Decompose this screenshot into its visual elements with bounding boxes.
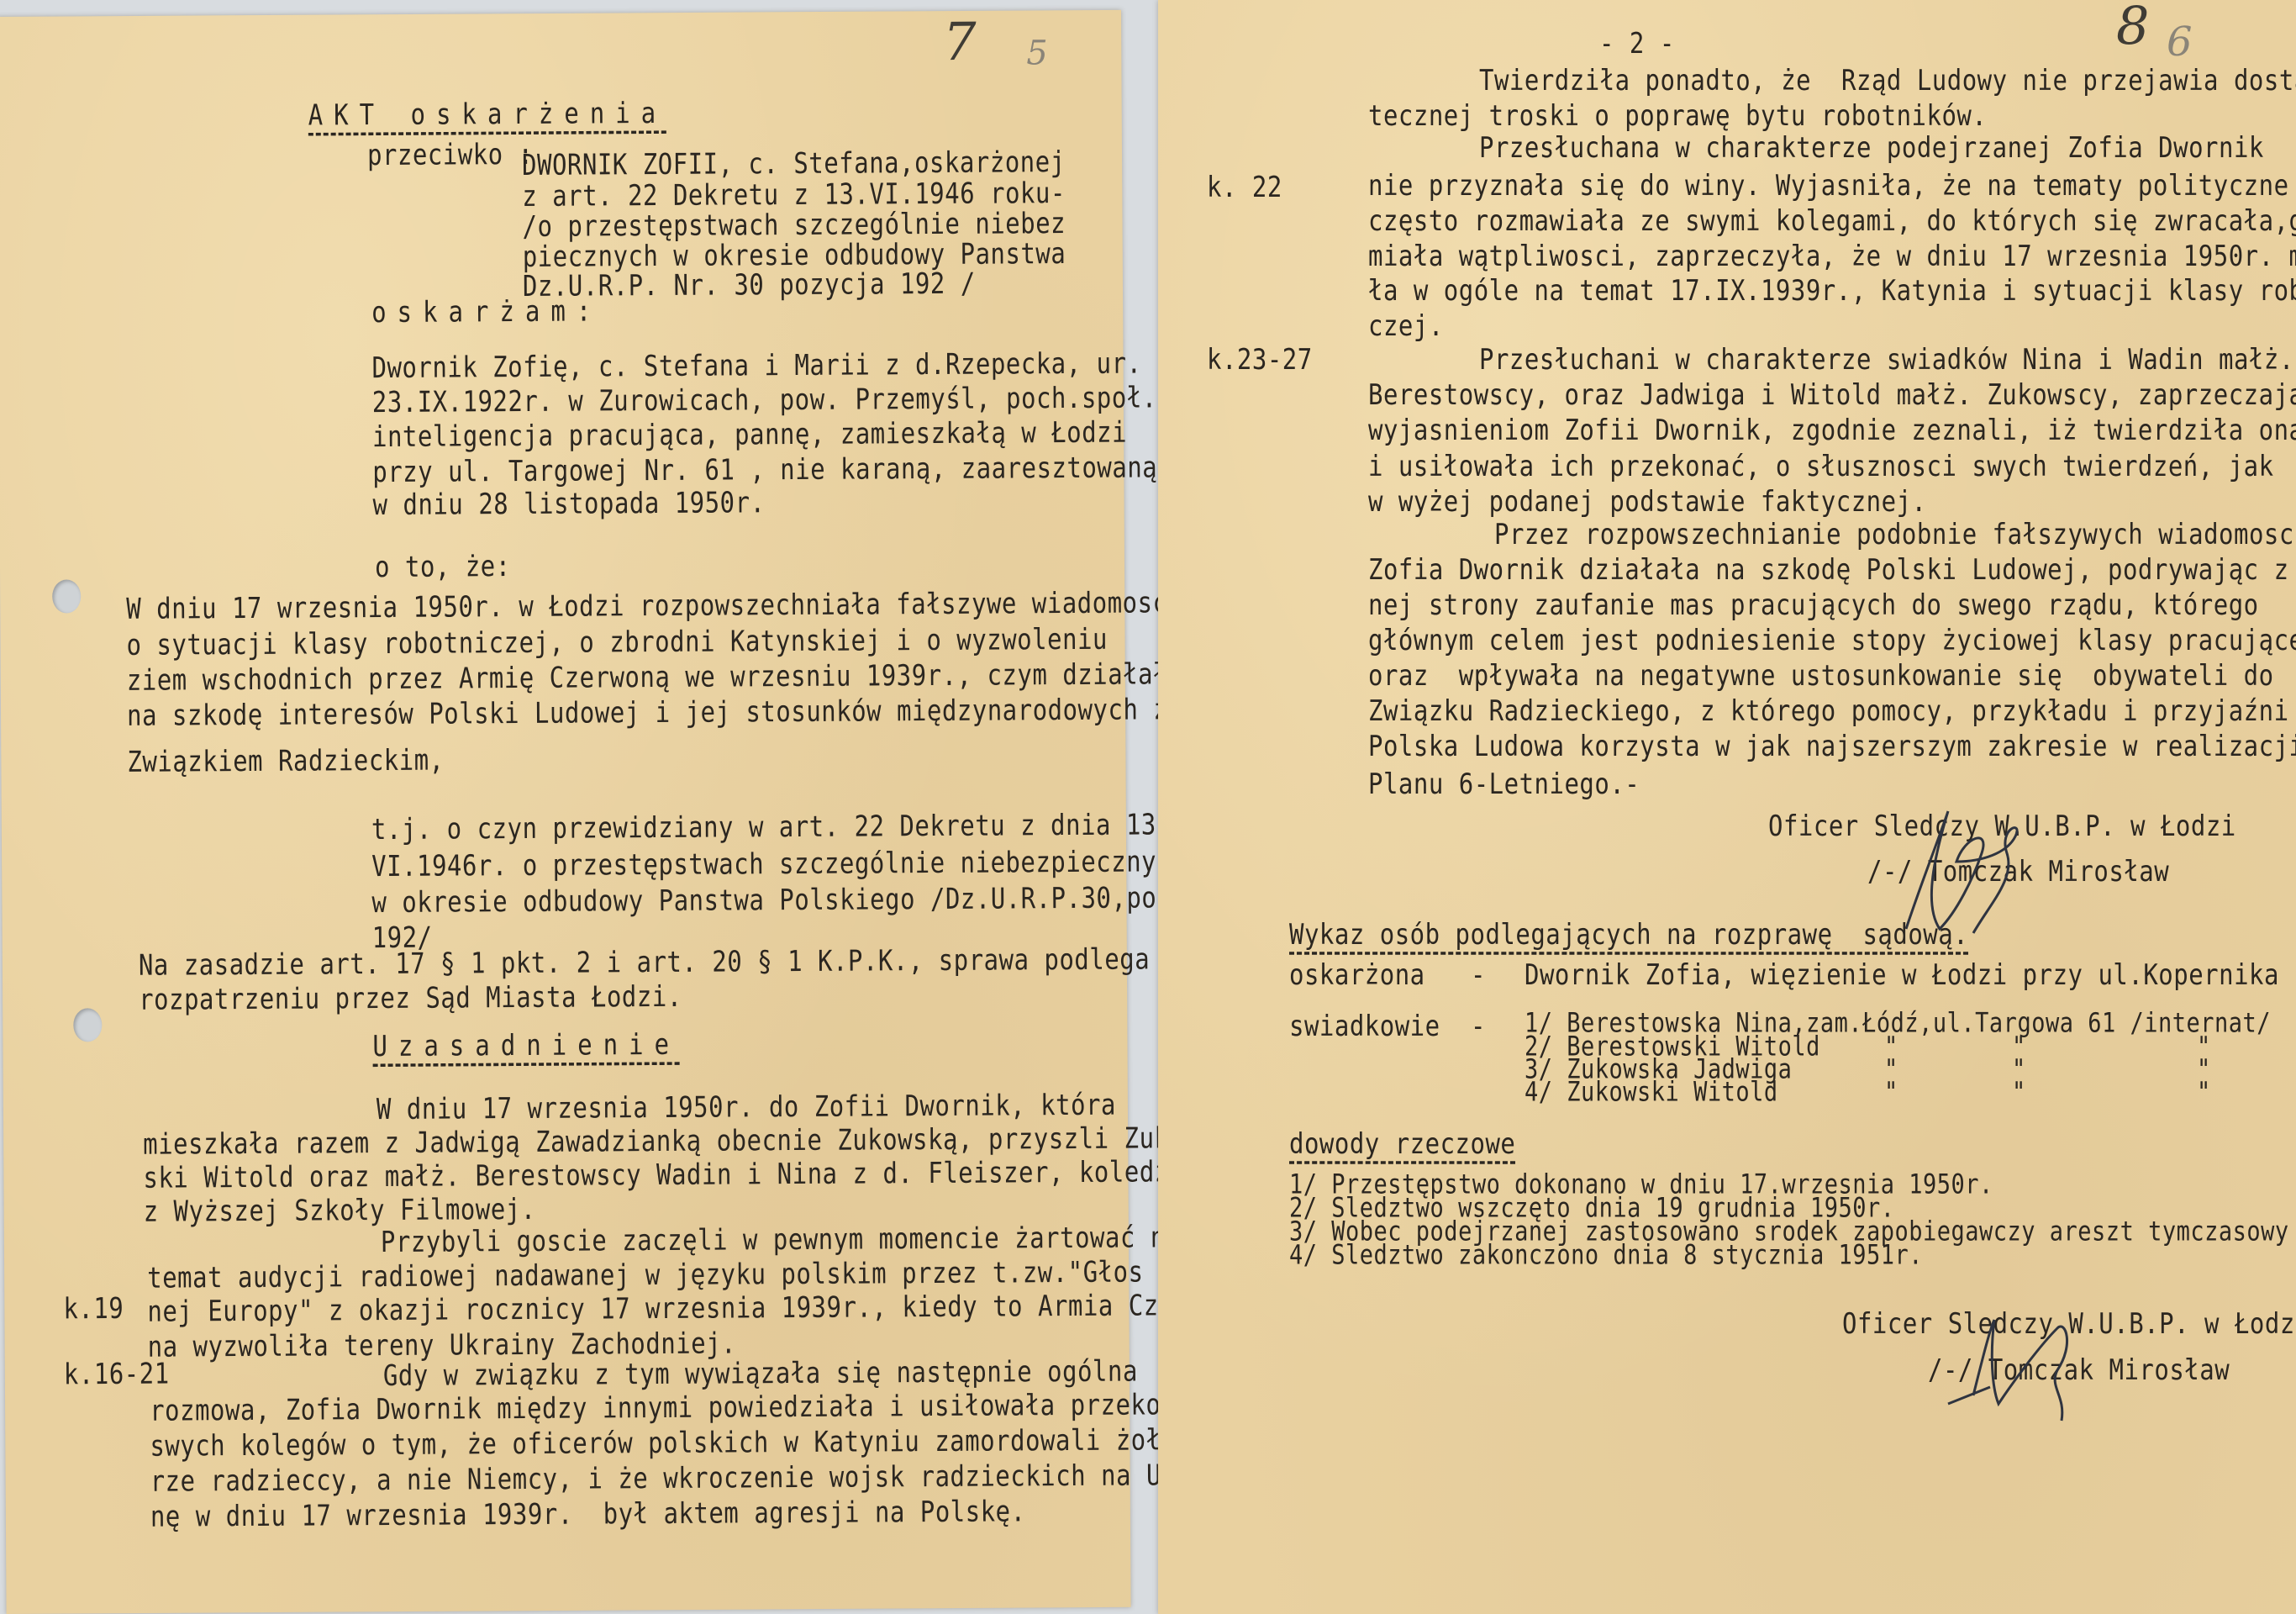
ditto-mark: " [2197, 1078, 2211, 1107]
justification-line: nej Europy" z okazji rocznicy 17 wrzesni… [147, 1288, 1219, 1328]
witnesses-label: swiadkowie [1289, 1009, 1440, 1042]
paragraph-line: Twierdziła ponadto, że Rząd Ludowy nie p… [1479, 63, 2296, 97]
witnesses-dash: - [1471, 1009, 1486, 1042]
paragraph-line: w wyżej podanej podstawie faktycznej. [1368, 484, 1927, 518]
punch-hole [52, 579, 81, 613]
punch-hole [73, 1008, 102, 1042]
paragraph-line: Przesłuchani w charakterze swiadków Nina… [1479, 342, 2294, 376]
paragraph-line: często rozmawiała ze swymi kolegami, do … [1368, 203, 2296, 237]
document-page-right: 8 6 - 2 - Twierdziła ponadto, że Rząd Lu… [1158, 0, 2296, 1614]
justification-line: swych kolegów o tym, że oficerów polskic… [150, 1422, 1221, 1463]
paragraph-line: Berestowscy, oraz Jadwiga i Witold małż.… [1368, 377, 2296, 411]
charge-line: o sytuacji klasy robotniczej, o zbrodni … [126, 622, 1108, 662]
charge-line: na szkodę interesów Polski Ludowej i jej… [127, 692, 1183, 732]
margin-reference: k. 22 [1207, 170, 1282, 203]
accused-line: Dwornik Zofię, c. Stefana i Marii z d.Rz… [371, 346, 1141, 385]
paragraph-line: głównym celem jest podniesienie stopy ży… [1368, 623, 2296, 657]
court-line: rozpatrzeniu przez Sąd Miasta Łodzi. [139, 979, 682, 1016]
paragraph-line: Przesłuchana w charakterze podejrzanej Z… [1479, 130, 2264, 164]
paragraph-line: Zofia Dwornik działała na szkodę Polski … [1368, 552, 2296, 586]
paragraph-line: czej. [1368, 309, 1444, 342]
accused-line: przy ul. Targowej Nr. 61 , nie karaną, z… [372, 451, 1157, 489]
court-line: Na zasadzie art. 17 § 1 pkt. 2 i art. 20… [139, 942, 1151, 982]
justification-line: rze radzieccy, a nie Niemcy, i że wkrocz… [150, 1458, 1222, 1498]
justification-line: nę w dniu 17 wrzesnia 1939r. był aktem a… [150, 1494, 1026, 1532]
paragraph-line: tecznej troski o poprawę bytu robotników… [1368, 98, 1987, 132]
document-page-left: 7 5 AKT oskarżenia przeciwko : DWORNIK Z… [0, 10, 1131, 1614]
witness-item: 4/ Zukowski Witold [1525, 1078, 1778, 1107]
justification-title: Uzasadnienie [372, 1027, 680, 1063]
paragraph-line: nej strony zaufanie mas pracujących do s… [1368, 588, 2259, 621]
legal-basis-line: t.j. o czyn przewidziany w art. 22 Dekre… [371, 807, 1172, 846]
charge-line: W dniu 17 wrzesnia 1950r. w Łodzi rozpow… [126, 585, 1182, 625]
ditto-mark: " [2012, 1078, 2026, 1107]
document-title: AKT oskarżenia [308, 96, 667, 132]
that-label: o to, że: [375, 549, 511, 583]
justification-line: W dniu 17 wrzesnia 1950r. do Zofii Dworn… [377, 1088, 1116, 1126]
justification-line: rozmowa, Zofia Dwornik między innymi pow… [150, 1387, 1206, 1427]
accused-line: 23.IX.1922r. w Zurowicach, pow. Przemyśl… [372, 381, 1157, 419]
justification-line: z Wyższej Szkoły Filmowej. [144, 1192, 536, 1228]
page-number: - 2 - [1599, 26, 1675, 60]
handwritten-page-number: 7 [943, 11, 977, 72]
margin-reference: k.19 [63, 1291, 124, 1326]
paragraph-line: oraz wpływała na negatywne ustosunkowani… [1368, 658, 2274, 692]
legal-basis-line: VI.1946r. o przestępstwach szczególnie n… [371, 844, 1187, 883]
paragraph-line: Polska Ludowa korzysta w jak najszerszym… [1368, 729, 2296, 762]
margin-reference: k.23-27 [1207, 342, 1313, 376]
evidence-item: 4/ Sledztwo zakonczono dnia 8 stycznia 1… [1289, 1241, 1923, 1270]
ditto-mark: " [1884, 1078, 1898, 1107]
paragraph-line: Związku Radzieckiego, z którego pomocy, … [1368, 694, 2289, 727]
paragraph-line: i usiłowała ich przekonać, o słusznosci … [1368, 449, 2274, 483]
accused-value: Dwornik Zofia, więzienie w Łodzi przy ul… [1525, 957, 2279, 991]
persons-list-title: Wykaz osób podlegających na rozprawę sąd… [1289, 917, 1968, 951]
handwritten-page-number-secondary: 5 [1026, 34, 1048, 72]
paragraph-line: ła w ogóle na temat 17.IX.1939r., Katyni… [1368, 273, 2296, 307]
handwritten-signature [1940, 1311, 2108, 1429]
handwritten-page-number: 8 [2116, 0, 2149, 56]
against-label: przeciwko : [367, 137, 534, 171]
paragraph-line: Przez rozpowszechnianie podobnie fałszyw… [1494, 517, 2296, 551]
accused-dash: - [1471, 957, 1486, 991]
justification-line: Gdy w związku z tym wywiązała się następ… [383, 1354, 1138, 1393]
paragraph-line: miała wątpliwosci, zaprzeczyła, że w dni… [1368, 239, 2296, 272]
justification-line: Przybyli goscie zaczęli w pewnym momenci… [381, 1220, 1181, 1258]
accuse-label: oskarżam: [371, 294, 602, 330]
charge-line: Związkiem Radzieckim, [127, 743, 444, 778]
justification-line: ski Witold oraz małż. Berestowscy Wadin … [143, 1154, 1184, 1195]
paragraph-line: Planu 6-Letniego.- [1368, 767, 1640, 800]
accused-label: oskarżona [1289, 957, 1425, 991]
accused-line: inteligencja pracująca, pannę, zamieszka… [372, 415, 1127, 454]
evidence-title: dowody rzeczowe [1289, 1126, 1515, 1160]
paragraph-line: nie przyznała się do winy. Wyjasniła, że… [1368, 168, 2289, 202]
margin-reference: k.16-21 [64, 1357, 170, 1391]
handwritten-page-number-secondary: 6 [2167, 18, 2193, 66]
accused-line: w dniu 28 listopada 1950r. [372, 485, 765, 521]
paragraph-line: wyjasnieniom Zofii Dwornik, zgodnie zezn… [1368, 413, 2296, 446]
legal-basis-line: w okresie odbudowy Panstwa Polskiego /Dz… [371, 880, 1187, 919]
charge-line: ziem wschodnich przez Armię Czerwoną we … [127, 657, 1183, 697]
